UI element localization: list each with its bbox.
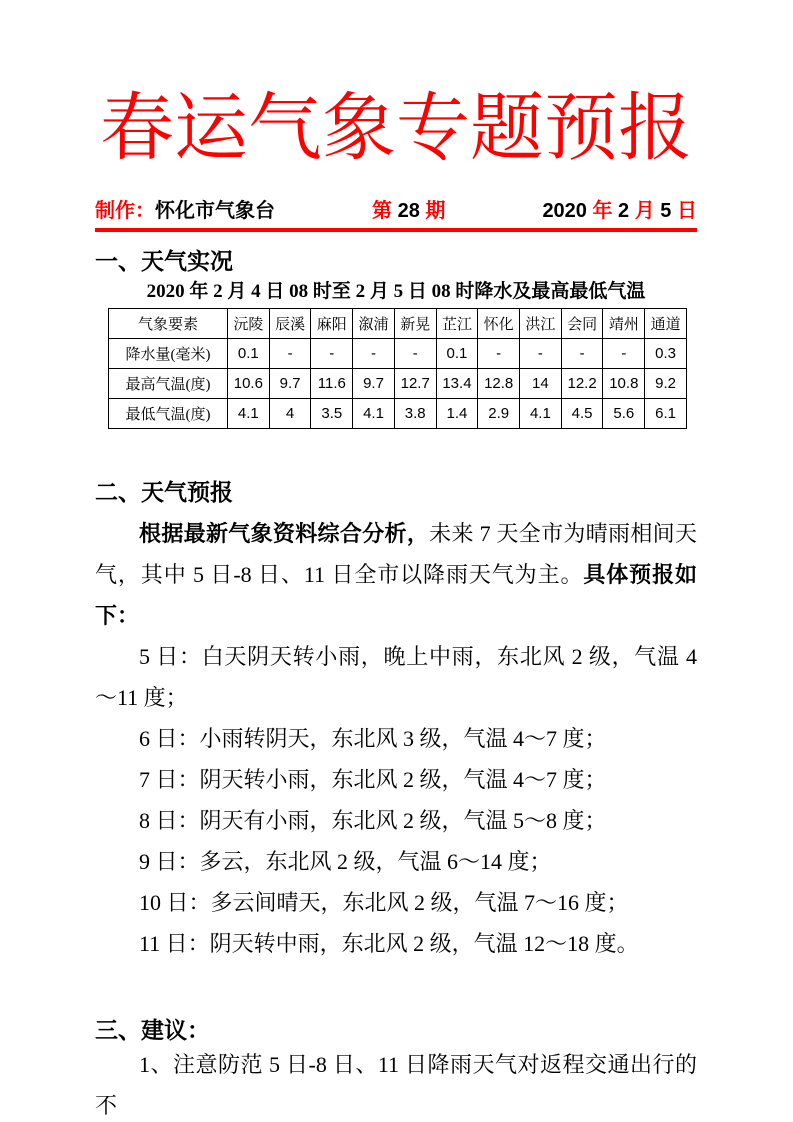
table-header-cell: 气象要素	[109, 308, 228, 338]
masthead: 制作：怀化市气象台 第 28 期 2020 年 2 月 5 日	[95, 194, 697, 223]
table-cell: -	[478, 338, 520, 368]
table-row-precipitation: 降水量(毫米) 0.1 - - - - 0.1 - - - - 0.3	[109, 338, 687, 368]
table-header-cell: 通道	[645, 308, 687, 338]
row-label-cell: 降水量(毫米)	[109, 338, 228, 368]
page-title: 春运气象专题预报	[95, 90, 697, 170]
masthead-divider-rule	[95, 228, 697, 232]
forecast-intro: 根据最新气象资料综合分析，未来 7 天全市为晴雨相间天气，其中 5 日-8 日、…	[95, 513, 697, 636]
table-cell: 13.4	[436, 368, 478, 398]
forecast-line-day11: 11 日：阴天转中雨，东北风 2 级，气温 12～18 度。	[95, 923, 697, 964]
table-cell: 2.9	[478, 398, 520, 428]
forecast-line-day5: 5 日：白天阴天转小雨，晚上中雨，东北风 2 级，气温 4～11 度；	[95, 636, 697, 718]
table-cell: 6.1	[645, 398, 687, 428]
table-header-cell: 新晃	[394, 308, 436, 338]
table-cell: -	[394, 338, 436, 368]
table-cell: 5.6	[603, 398, 645, 428]
table-header-row: 气象要素 沅陵 辰溪 麻阳 溆浦 新晃 芷江 怀化 洪江 会同 靖州 通道	[109, 308, 687, 338]
table-cell: 4	[269, 398, 311, 428]
weather-table: 气象要素 沅陵 辰溪 麻阳 溆浦 新晃 芷江 怀化 洪江 会同 靖州 通道 降水…	[108, 308, 687, 429]
table-cell: 9.7	[269, 368, 311, 398]
table-header-cell: 怀化	[478, 308, 520, 338]
table-cell: 4.1	[353, 398, 395, 428]
section-heading-forecast: 二、天气预报	[95, 478, 697, 506]
forecast-line-day10: 10 日：多云间晴天，东北风 2 级，气温 7～16 度；	[95, 882, 697, 923]
issue-number: 第 28 期	[372, 194, 445, 223]
forecast-intro-lead: 根据最新气象资料综合分析，	[139, 521, 429, 546]
table-header-cell: 会同	[561, 308, 603, 338]
table-cell: 4.1	[228, 398, 270, 428]
forecast-line-day8: 8 日：阴天有小雨，东北风 2 级，气温 5～8 度；	[95, 800, 697, 841]
section-heading-weather-facts: 一、天气实况	[95, 247, 697, 275]
document-page: 春运气象专题预报 制作：怀化市气象台 第 28 期 2020 年 2 月 5 日…	[0, 0, 793, 1122]
row-label-cell: 最低气温(度)	[109, 398, 228, 428]
table-cell: 10.8	[603, 368, 645, 398]
table-cell: -	[520, 338, 562, 368]
issue-date: 2020 年 2 月 5 日	[542, 194, 697, 223]
table-header-cell: 麻阳	[311, 308, 353, 338]
forecast-line-day7: 7 日：阴天转小雨，东北风 2 级，气温 4～7 度；	[95, 759, 697, 800]
table-cell: -	[269, 338, 311, 368]
table-row-min-temp: 最低气温(度) 4.1 4 3.5 4.1 3.8 1.4 2.9 4.1 4.…	[109, 398, 687, 428]
producer-name: 怀化市气象台	[155, 200, 275, 222]
table-cell: 14	[520, 368, 562, 398]
table-cell: -	[561, 338, 603, 368]
table-cell: 12.2	[561, 368, 603, 398]
row-label-cell: 最高气温(度)	[109, 368, 228, 398]
table-header-cell: 洪江	[520, 308, 562, 338]
advice-item-1: 1、注意防范 5 日-8 日、11 日降雨天气对返程交通出行的不	[95, 1044, 697, 1122]
table-cell: 0.1	[228, 338, 270, 368]
section-heading-advice: 三、建议：	[95, 1016, 697, 1044]
table-header-cell: 靖州	[603, 308, 645, 338]
table-cell: 4.5	[561, 398, 603, 428]
table-cell: 9.2	[645, 368, 687, 398]
table-cell: 3.5	[311, 398, 353, 428]
table-cell: 9.7	[353, 368, 395, 398]
table-cell: 3.8	[394, 398, 436, 428]
forecast-line-day9: 9 日：多云，东北风 2 级，气温 6～14 度；	[95, 841, 697, 882]
table-header-cell: 沅陵	[228, 308, 270, 338]
table-cell: 10.6	[228, 368, 270, 398]
forecast-line-day6: 6 日：小雨转阴天，东北风 3 级，气温 4～7 度；	[95, 718, 697, 759]
producer-label: 制作：	[95, 200, 155, 222]
table-caption: 2020 年 2 月 4 日 08 时至 2 月 5 日 08 时降水及最高最低…	[95, 281, 697, 303]
table-header-cell: 芷江	[436, 308, 478, 338]
table-header-cell: 溆浦	[353, 308, 395, 338]
table-header-cell: 辰溪	[269, 308, 311, 338]
table-cell: -	[311, 338, 353, 368]
table-cell: 0.3	[645, 338, 687, 368]
table-cell: 11.6	[311, 368, 353, 398]
producer: 制作：怀化市气象台	[95, 194, 275, 223]
table-cell: 0.1	[436, 338, 478, 368]
table-cell: 1.4	[436, 398, 478, 428]
table-cell: -	[353, 338, 395, 368]
table-row-max-temp: 最高气温(度) 10.6 9.7 11.6 9.7 12.7 13.4 12.8…	[109, 368, 687, 398]
table-cell: 12.8	[478, 368, 520, 398]
table-cell: 4.1	[520, 398, 562, 428]
table-cell: 12.7	[394, 368, 436, 398]
table-cell: -	[603, 338, 645, 368]
